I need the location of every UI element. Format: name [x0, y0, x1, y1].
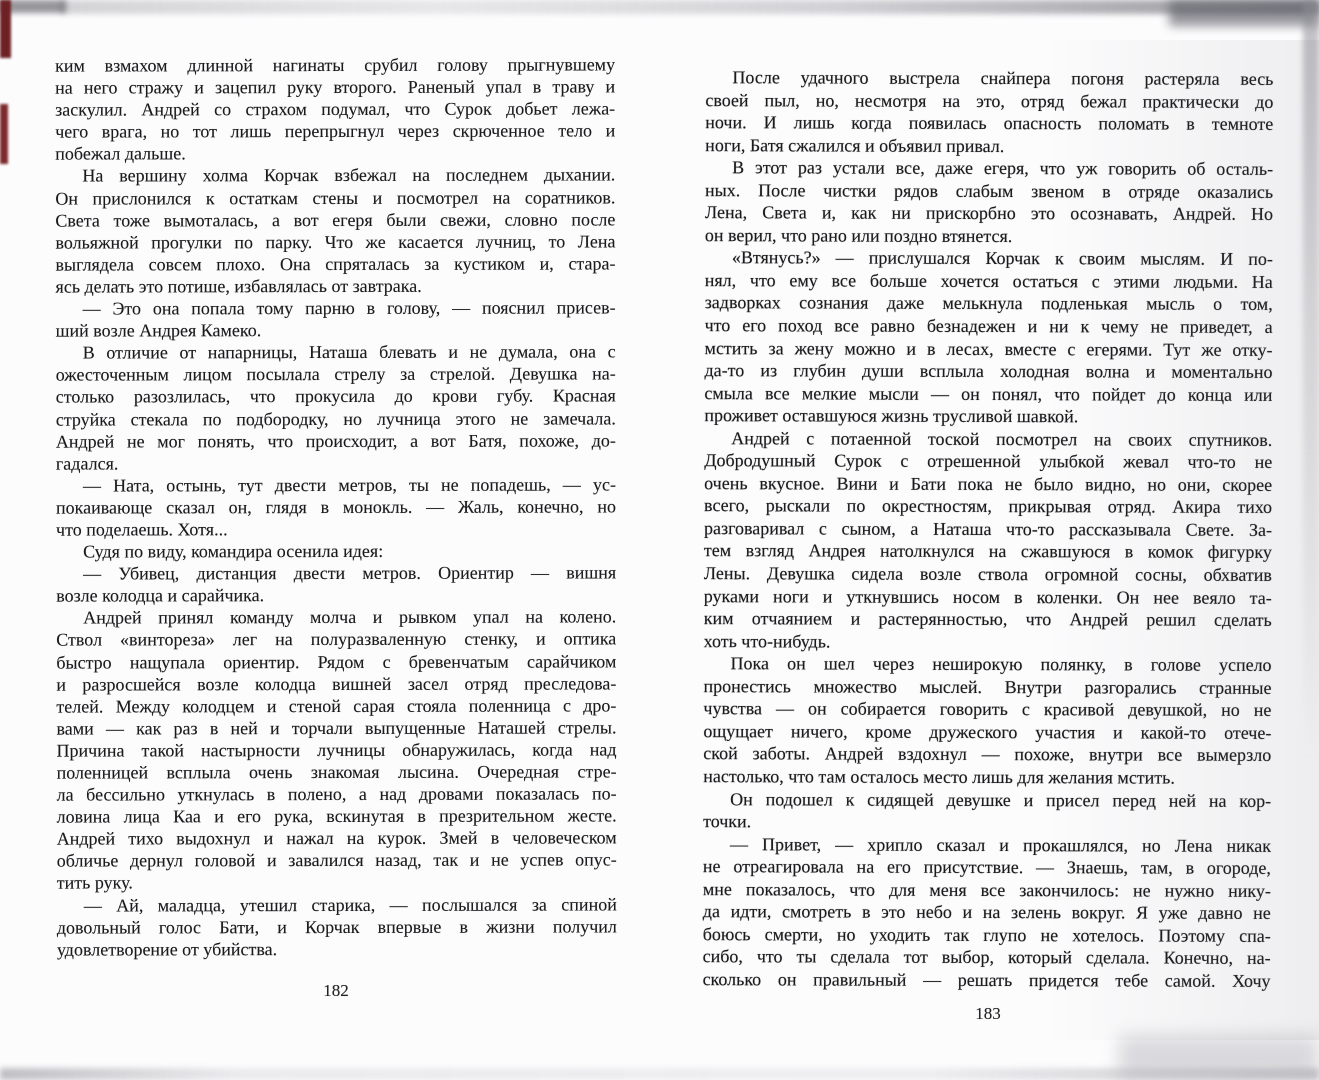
page-number-left: 182 [56, 981, 616, 1001]
left-edge-red-mark-upper [0, 0, 11, 58]
text-line: мстить за жену можно и в лесах, вместе с… [705, 337, 1273, 361]
text-line: обличье дернул головой и завалился назад… [57, 849, 617, 872]
text-line: ловина лица Каа и его рука, вскинутая в … [57, 805, 617, 828]
book-page-left: ким взмахом длинной нагинаты срубил голо… [55, 53, 617, 960]
photo-top-shadow-band [60, 0, 1319, 14]
text-line: гадался. [56, 451, 616, 474]
text-line: заскулил. Андрей со страхом подумал, что… [55, 98, 615, 121]
text-line: чего врага, но тот лишь перепрыгнул чере… [55, 120, 615, 143]
text-line: не отреагировала на его присутствие. — З… [703, 855, 1271, 879]
text-line: что его поход все равно безнадежен и ни … [705, 314, 1273, 338]
text-line: тить руку. [57, 871, 617, 894]
text-line: — Привет, — хрипло сказал и прокашлялся,… [703, 833, 1271, 857]
text-line: он верил, что рано или поздно втянется. [705, 224, 1273, 248]
text-line: задворках сознания даже мелькнула подлен… [705, 292, 1273, 316]
text-line: боюсь смерти, но уходить так глупо не хо… [703, 923, 1271, 947]
text-line: В отличие от напарницы, Наташа блевать и… [56, 341, 616, 364]
text-line: настолько, что там осталось место лишь д… [703, 765, 1271, 789]
text-line: ночи. И лишь когда появилась опасность п… [705, 111, 1273, 135]
text-line: нял, что ему все больше хочется остаться… [705, 269, 1273, 293]
text-line: чувства — он собирается говорить с краси… [703, 697, 1271, 721]
photo-top-left-corner-shadow [0, 0, 66, 13]
text-line: ясь делать это потише, избавлялась от за… [56, 274, 616, 297]
text-line: тем взгляд Андрея натолкнулся на сжавшую… [704, 540, 1272, 564]
text-line: В этот раз устали все, даже егеря, что у… [705, 156, 1273, 180]
text-line: разговаривал с сыном, а Наташа что-то ра… [704, 517, 1272, 541]
text-line: ла бессильно уткнулась в полено, а над д… [57, 783, 617, 806]
text-line: возле колодца и сарайчика. [56, 584, 616, 607]
text-line: да идти, смотреть в это небо и на зелень… [703, 900, 1271, 924]
text-line: телей. Между колодцем и стеной сарая сто… [56, 694, 616, 717]
text-line: Света тоже вымоталась, а вот егеря были … [55, 208, 615, 231]
text-line: на него стражу и зацепил руку второго. Р… [55, 76, 615, 99]
text-line: Он прислонился к остаткам стены и посмот… [55, 186, 615, 209]
text-line: покаивающе сказал он, глядя в монокль. —… [56, 495, 616, 518]
text-line: быстро нащупала ориентир. Рядом с бревен… [56, 650, 616, 673]
text-line: пронестись множество мыслей. Внутри разг… [703, 675, 1271, 699]
text-line: точки. [703, 810, 1271, 834]
photo-top-right-corner-shadow [1169, 0, 1319, 26]
text-line: ший возле Андрея Камеко. [56, 319, 616, 342]
text-line: Андрей не мог понять, что происходит, а … [56, 429, 616, 452]
text-line: столько разозлилась, что прокусила до кр… [56, 385, 616, 408]
text-line: Лена, Света и, как ни прискорбно это осо… [705, 201, 1273, 225]
text-line: На вершину холма Корчак взбежал на после… [55, 164, 615, 187]
text-line: Андрей принял команду молча и рывком упа… [56, 606, 616, 629]
text-line: и разросшейся возле колодца вишней засел… [56, 672, 616, 695]
text-line: Добродушный Сурок с отрешенной улыбкой ж… [704, 449, 1272, 473]
text-line: ской заботы. Андрей вздохнул — похоже, в… [703, 743, 1271, 767]
text-line: Он подошел к сидящей девушке и присел пе… [703, 788, 1271, 812]
text-line: всего, рыскали по окрестностям, прикрыва… [704, 494, 1272, 518]
text-line: Пока он шел через неширокую полянку, в г… [704, 652, 1272, 676]
text-line: Андрей тихо выдохнул и нажал на курок. З… [57, 827, 617, 850]
text-line: поленницей всплыла очень знакомая лысина… [57, 760, 617, 783]
text-line: да-то из глубин души всплыла холодная во… [704, 359, 1272, 383]
text-line: сколько он правильный — решать придется … [703, 968, 1271, 992]
text-line: — Убивец, дистанция двести метров. Ориен… [56, 562, 616, 585]
text-line: побежал дальше. [55, 142, 615, 165]
text-line: Лены. Девушка сидела возле ствола огромн… [704, 562, 1272, 586]
text-line: ных. После чистки рядов слабым звеном в … [705, 179, 1273, 203]
photo-bottom-shadow-band [0, 1068, 1319, 1080]
text-line: сибо, что ты сделала тот выбор, который … [703, 945, 1271, 969]
text-line: руками ноги и уткнувшись носом в коленки… [704, 585, 1272, 609]
book-spread-photo: ким взмахом длинной нагинаты срубил голо… [0, 0, 1319, 1080]
text-line: ким взмахом длинной нагинаты срубил голо… [55, 53, 615, 76]
text-line: струйка стекала по подбородку, но лучниц… [56, 407, 616, 430]
text-line: — Ай, маладца, утешил старика, — послыша… [57, 893, 617, 916]
text-line: смыла все мелкие мысли — он понял, что п… [704, 382, 1272, 406]
text-line: мне показалось, что для меня все закончи… [703, 878, 1271, 902]
text-line: что поделаешь. Хотя... [56, 517, 616, 540]
page-number-right: 183 [704, 1004, 1272, 1024]
text-line: хоть что-нибудь. [704, 630, 1272, 654]
text-line: — Это она попала тому парню в голову, — … [56, 296, 616, 319]
text-line: вами — как раз в ней и торчали выпущенны… [56, 716, 616, 739]
text-line: ощущает ничего, кроме дружеского участия… [703, 720, 1271, 744]
text-line: довольный голос Бати, и Корчак впервые в… [57, 915, 617, 938]
text-line: ноги, Батя сжалился и объявил привал. [705, 134, 1273, 158]
text-line: вольяжной прогулки по парку. Что же каса… [55, 230, 615, 253]
text-line: ожесточенным лицом посылала стрелу за ст… [56, 363, 616, 386]
photo-bottom-right-smudge [1119, 1036, 1319, 1080]
photo-right-edge-shadow [1303, 0, 1319, 760]
text-line: После удачного выстрела снайпера погоня … [705, 66, 1273, 90]
text-line: Причина такой настырности лучницы обнару… [56, 738, 616, 761]
text-line: выглядела совсем плохо. Она спряталась з… [55, 252, 615, 275]
text-line: — Ната, остынь, тут двести метров, ты не… [56, 473, 616, 496]
text-line: очень вкусное. Вини и Бати пока не было … [704, 472, 1272, 496]
book-page-right: После удачного выстрела снайпера погоня … [703, 66, 1274, 992]
text-line: Судя по виду, командира осенила идея: [56, 539, 616, 562]
text-line: проживет оставшуюся жизнь трусливой шавк… [704, 404, 1272, 428]
text-line: «Втянусь?» — прислушался Корчак к своим … [705, 246, 1273, 270]
text-line: удовлетворение от убийства. [57, 937, 617, 960]
text-line: своей пыл, но, несмотря на это, отряд бе… [705, 89, 1273, 113]
text-line: Андрей с потаенной тоской посмотрел на с… [704, 427, 1272, 451]
text-line: ким отчаянием и растерянностью, что Андр… [704, 607, 1272, 631]
text-line: Ствол «винтореза» лег на полуразваленную… [56, 628, 616, 651]
left-edge-red-mark-lower [0, 104, 8, 164]
